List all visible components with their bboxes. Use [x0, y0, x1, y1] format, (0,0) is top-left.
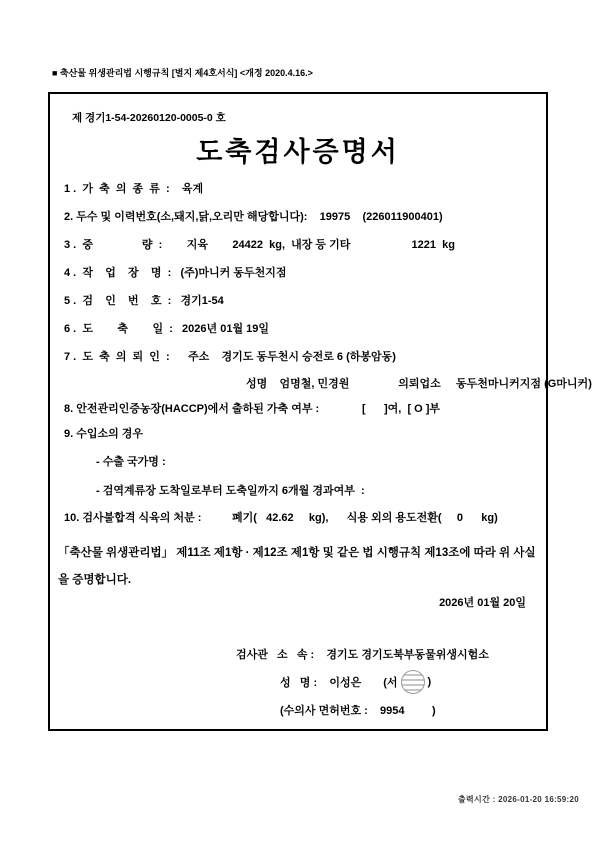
certificate-border-box: 제 경기1-54-20260120-0005-0 호 도축검사증명서 1 . 가…: [48, 92, 548, 731]
item-requester-name: 성명 엄명철, 민경원 의뢰업소 동두천마니커지점 (G마니커): [64, 370, 540, 396]
certificate-title: 도축검사증명서: [50, 130, 546, 169]
item-imported-cattle: 9. 수입소의 경우: [64, 420, 540, 446]
inspector-name-line: 성 명 : 이성은(서): [236, 668, 536, 696]
print-timestamp: 출력시간 : 2026-01-20 16:59:20: [458, 794, 579, 805]
item-haccp-status: 8. 안전관리인증농장(HACCP)에서 출하된 가축 여부 : [ ]여, […: [64, 396, 540, 420]
certificate-page: ■ 축산물 위생관리법 시행규칙 [별지 제4호서식] <개정 2020.4.1…: [0, 0, 595, 842]
inspector-affiliation: 검사관 소 속 : 경기도 경기도북부동물위생시험소: [236, 640, 536, 668]
item-workplace-name: 4 . 작 업 장 명 : (주)마니커 동두천지점: [64, 258, 540, 286]
item-export-country: - 수출 국가명 :: [64, 446, 540, 476]
item-failed-meat-disposal: 10. 검사불합격 식육의 처분 : 폐기( 42.62 kg), 식용 외의 …: [64, 504, 540, 530]
legal-statement: 「축산물 위생관리법」 제11조 제1항 · 제12조 제1항 및 같은 법 시…: [58, 540, 544, 594]
inspector-block: 검사관 소 속 : 경기도 경기도북부동물위생시험소 성 명 : 이성은(서) …: [236, 640, 536, 724]
official-seal-stamp-icon: [401, 670, 425, 694]
inspector-license-line: (수의사 면허번호 : 9954 ): [236, 696, 536, 724]
certificate-items: 1 . 가 축 의 종 류 : 육계 2. 두수 및 이력번호(소,돼지,닭,오…: [64, 174, 540, 530]
form-regulation-note: ■ 축산물 위생관리법 시행규칙 [별지 제4호서식] <개정 2020.4.1…: [52, 66, 313, 79]
document-number: 제 경기1-54-20260120-0005-0 호: [72, 110, 226, 125]
item-quarantine-period: - 검역계류장 도착일로부터 도축일까지 6개월 경과여부 :: [64, 476, 540, 504]
item-requester-address: 7 . 도 축 의 뢰 인 : 주소 경기도 동두천시 승전로 6 (하봉암동): [64, 342, 540, 370]
item-slaughter-date: 6 . 도 축 일 : 2026년 01월 19일: [64, 314, 540, 342]
item-animal-type: 1 . 가 축 의 종 류 : 육계: [64, 174, 540, 202]
item-head-count: 2. 두수 및 이력번호(소,돼지,닭,오리만 해당합니다): 19975 (2…: [64, 202, 540, 230]
item-weight: 3 . 중 량 : 지육 24422 kg, 내장 등 기타 1221 kg: [64, 230, 540, 258]
issue-date: 2026년 01월 20일: [439, 594, 526, 610]
item-seal-number: 5 . 검 인 번 호 : 경기1-54: [64, 286, 540, 314]
